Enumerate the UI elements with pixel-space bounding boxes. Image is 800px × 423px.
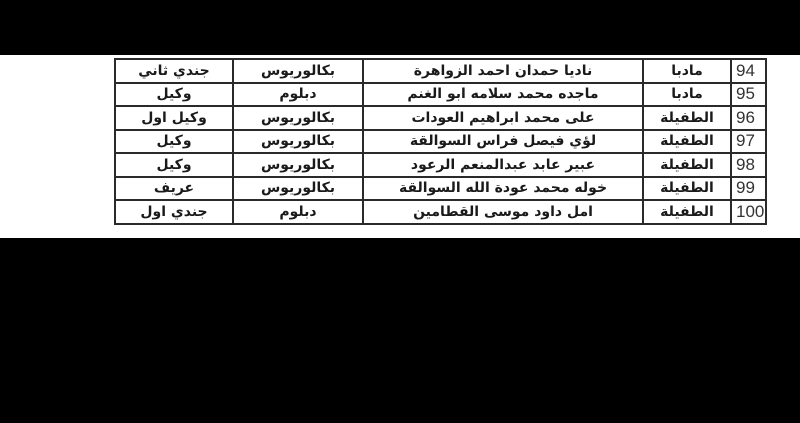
row-number: 95	[731, 83, 766, 107]
area-cell: مادبا	[643, 59, 731, 83]
name-cell: لؤي فيصل فراس السوالقة	[363, 130, 643, 154]
table-row: 99 الطفيلة خوله محمد عودة الله السوالقة …	[115, 177, 766, 201]
rank-cell: عريف	[115, 177, 233, 201]
area-cell: الطفيلة	[643, 130, 731, 154]
table-row: 95 مادبا ماجده محمد سلامه ابو الغنم دبلو…	[115, 83, 766, 107]
area-cell: الطفيلة	[643, 177, 731, 201]
table-row: 97 الطفيلة لؤي فيصل فراس السوالقة بكالور…	[115, 130, 766, 154]
area-cell: الطفيلة	[643, 106, 731, 130]
education-cell: بكالوريوس	[233, 177, 363, 201]
rank-cell: وكيل اول	[115, 106, 233, 130]
education-cell: بكالوريوس	[233, 130, 363, 154]
row-number: 96	[731, 106, 766, 130]
name-cell: عبير عابد عبدالمنعم الرعود	[363, 153, 643, 177]
rank-cell: وكيل	[115, 130, 233, 154]
row-number: 100	[731, 200, 766, 224]
area-cell: الطفيلة	[643, 200, 731, 224]
name-cell: ناديا حمدان احمد الزواهرة	[363, 59, 643, 83]
row-number: 97	[731, 130, 766, 154]
area-cell: الطفيلة	[643, 153, 731, 177]
table-row: 100 الطفيلة امل داود موسى القطامين دبلوم…	[115, 200, 766, 224]
name-cell: خوله محمد عودة الله السوالقة	[363, 177, 643, 201]
page: 94 مادبا ناديا حمدان احمد الزواهرة بكالو…	[0, 0, 800, 423]
education-cell: دبلوم	[233, 200, 363, 224]
education-cell: بكالوريوس	[233, 153, 363, 177]
name-cell: ماجده محمد سلامه ابو الغنم	[363, 83, 643, 107]
rank-cell: وكيل	[115, 153, 233, 177]
rank-cell: وكيل	[115, 83, 233, 107]
education-cell: بكالوريوس	[233, 106, 363, 130]
table-row: 98 الطفيلة عبير عابد عبدالمنعم الرعود بك…	[115, 153, 766, 177]
name-cell: امل داود موسى القطامين	[363, 200, 643, 224]
table-row: 96 الطفيلة على محمد ابراهيم العودات بكال…	[115, 106, 766, 130]
table-row: 94 مادبا ناديا حمدان احمد الزواهرة بكالو…	[115, 59, 766, 83]
roster-table: 94 مادبا ناديا حمدان احمد الزواهرة بكالو…	[114, 58, 767, 225]
education-cell: بكالوريوس	[233, 59, 363, 83]
row-number: 99	[731, 177, 766, 201]
education-cell: دبلوم	[233, 83, 363, 107]
name-cell: على محمد ابراهيم العودات	[363, 106, 643, 130]
row-number: 98	[731, 153, 766, 177]
rank-cell: جندي اول	[115, 200, 233, 224]
rank-cell: جندي ثاني	[115, 59, 233, 83]
row-number: 94	[731, 59, 766, 83]
area-cell: مادبا	[643, 83, 731, 107]
